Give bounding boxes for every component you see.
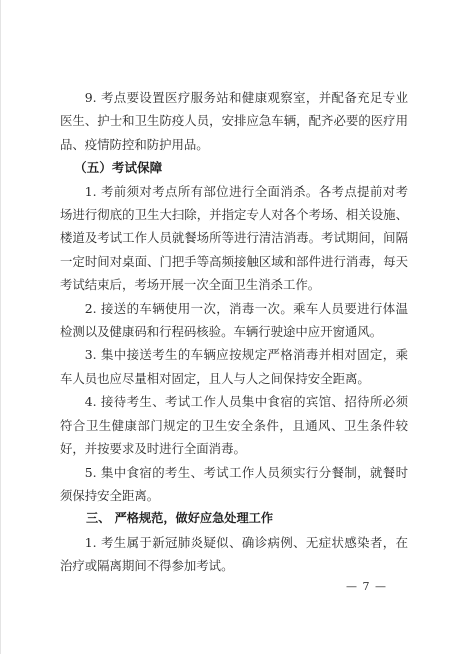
page-number: — 7 — <box>346 580 387 593</box>
paragraph-item-9: 9. 考点要设置医疗服务站和健康观察室，并配备充足专业医生、护士和卫生防疫人员，… <box>60 86 408 156</box>
paragraph-item-1-suspected-cases: 1. 考生属于新冠肺炎疑似、确诊病例、无症状感染者，在治疗或隔离期间不得参加考试… <box>60 531 408 578</box>
section-heading-emergency: 三、 严格规范，做好应急处理工作 <box>60 507 408 530</box>
paragraph-item-3-shuttle: 3. 集中接送考生的车辆应按规定严格消毒并相对固定，乘车人员也应尽量相对固定，且… <box>60 343 408 390</box>
subheading-exam-guarantee: （五）考试保障 <box>60 156 408 179</box>
page-content: 9. 考点要设置医疗服务站和健康观察室，并配备充足专业医生、护士和卫生防疫人员，… <box>60 86 408 578</box>
document-page: 9. 考点要设置医疗服务站和健康观察室，并配备充足专业医生、护士和卫生防疫人员，… <box>0 0 463 654</box>
paragraph-item-5-dining: 5. 集中食宿的考生、考试工作人员须实行分餐制，就餐时须保持安全距离。 <box>60 461 408 508</box>
paragraph-item-2-vehicles: 2. 接送的车辆使用一次，消毒一次。乘车人员要进行体温检测以及健康码和行程码核验… <box>60 297 408 344</box>
paragraph-item-4-hotels: 4. 接待考生、考试工作人员集中食宿的宾馆、招待所必须符合卫生健康部门规定的卫生… <box>60 390 408 460</box>
paragraph-item-1-disinfection: 1. 考前须对考点所有部位进行全面消杀。各考点提前对考场进行彻底的卫生大扫除，并… <box>60 180 408 297</box>
